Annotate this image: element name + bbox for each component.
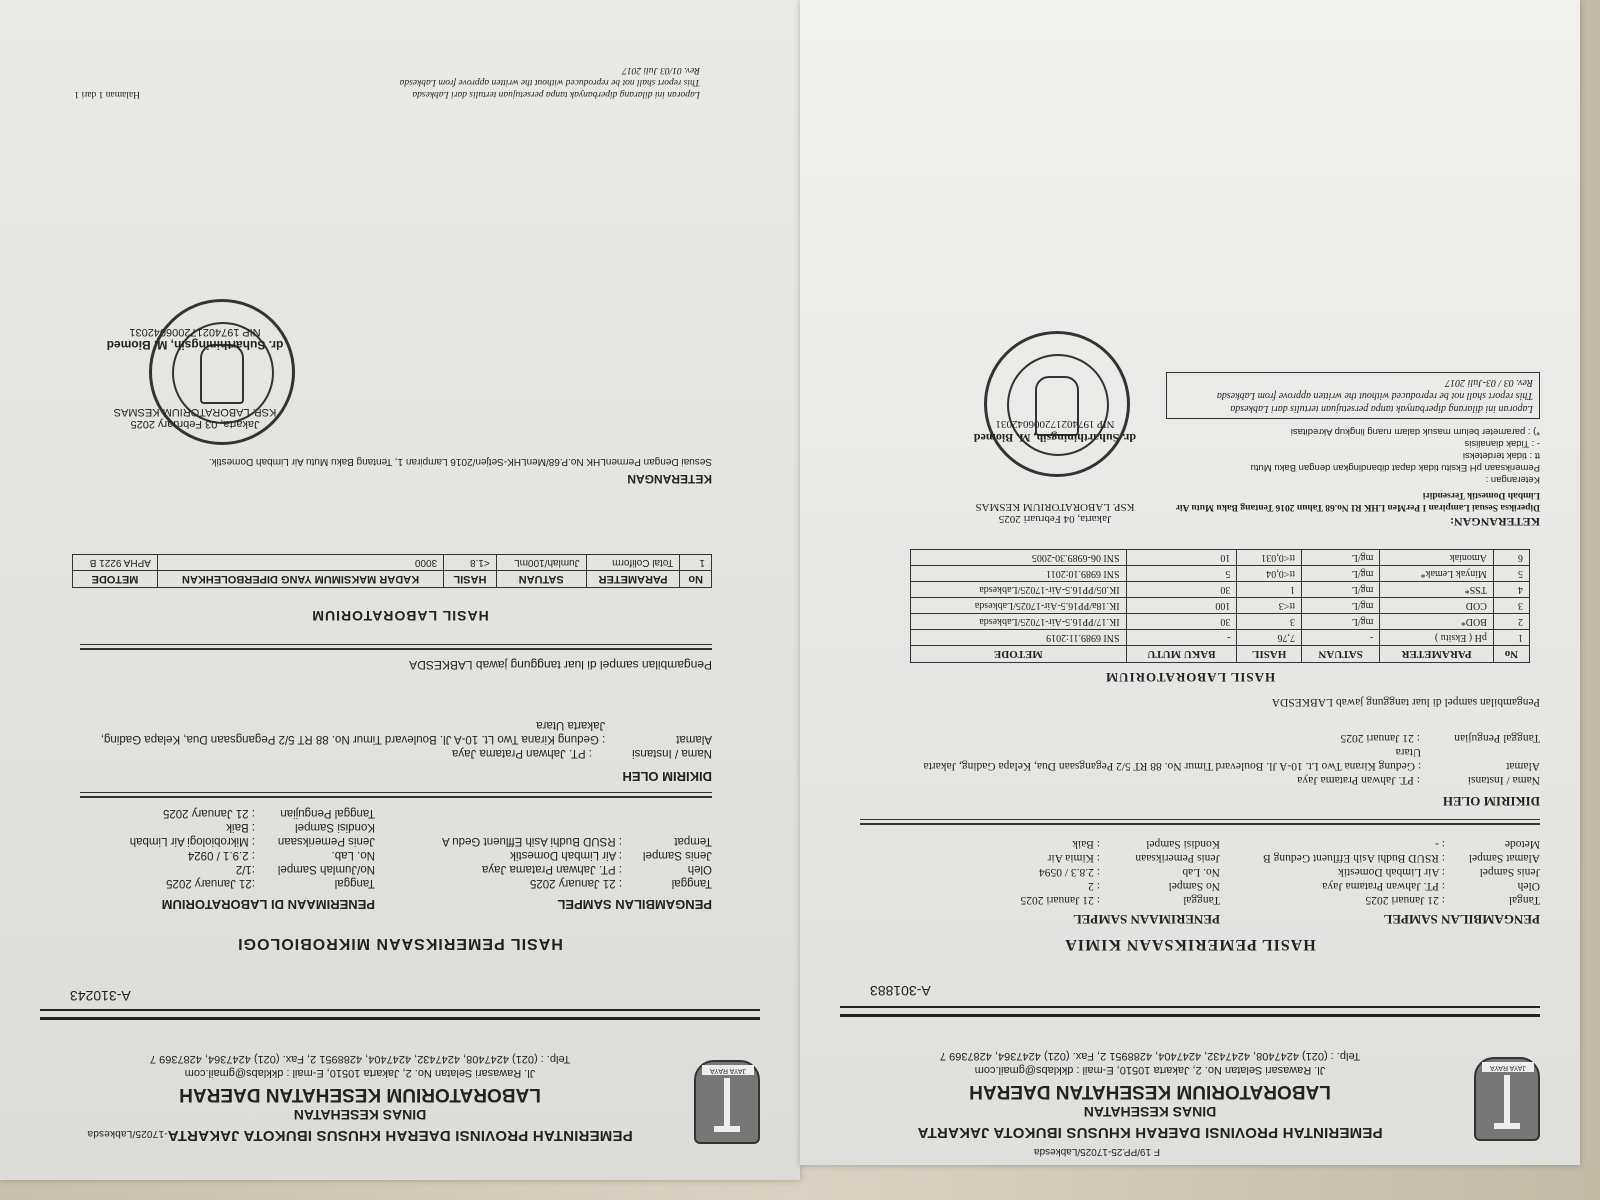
field-label: Alamat [605, 718, 712, 746]
field-row: No. Lab.: 2.9.1 / 0924 [75, 848, 375, 862]
table-row: 3CODmg/Ltt<3100IK.18a/PP16.5-Air-17025/L… [911, 598, 1530, 614]
field-row: Oleh: PT. Jahwan Pratama Jaya [382, 862, 712, 876]
field-row: Tanggal: 21 January 2025 [382, 876, 712, 890]
field-row: Tanggal Pengujian: 21 January 2025 [75, 806, 375, 820]
field-row: Nama / Instansi: PT. Jahwan Pratama Jaya [92, 746, 712, 760]
header-address: Jl. Rawasari Selatan No. 2, Jakarta 1051… [40, 1067, 680, 1079]
sender-heading: DIKIRIM OLEH [1443, 793, 1540, 809]
table-cell: pH ( Eksitu ) [1380, 630, 1493, 646]
field-value: : 2.8.3 / 0594 [1039, 865, 1100, 879]
note-item: *) : parameter belum masuk dalam ruang l… [1160, 425, 1540, 437]
table-cell: 1 [1493, 630, 1529, 646]
column-header: BAKU MUTU [1126, 646, 1237, 663]
table-cell: 7,76 [1237, 630, 1302, 646]
form-code: -17025/Labkesda [87, 1128, 167, 1139]
table-row: 4TSS*mg/L130IK.05/PP16.5-Air-17025/Labke… [911, 582, 1530, 598]
table-cell: 100 [1126, 598, 1237, 614]
field-label: Tanggal [255, 876, 375, 890]
field-label: No Sampel [1100, 879, 1220, 893]
field-value: : 21 Januari 2025 [1365, 893, 1445, 907]
field-value: : PT. Jahwan Pratama Jaya [482, 862, 622, 876]
header-divider [840, 1006, 1540, 1017]
signature-block: Jakarta, 03 February 2025 KSP. LABORATOR… [90, 326, 300, 430]
field-value: : 21 Januari 2025 [1340, 731, 1420, 745]
table-row: 5Minyak Lemak*mg/Ltt<0,045SNI 6989.10:20… [911, 566, 1530, 582]
field-value: : Baik [1072, 837, 1100, 851]
signature-date: Jakarta, 03 February 2025 [90, 418, 300, 430]
table-cell: 3000 [157, 555, 443, 571]
field-value: : RSUD Budhi Asih Effluent Gedu A [442, 834, 622, 848]
column-header: METODE [911, 646, 1127, 663]
sender-fields: Nama / Instansi: PT. Jahwan Pratama Jaya… [92, 718, 712, 760]
page-number: Halaman 1 dari 1 [74, 88, 140, 100]
results-title: HASIL LABORATORIUM [800, 669, 1580, 685]
field-label: Tanggal Pengujian [1420, 731, 1540, 745]
letterhead: JAYA RAYA PEMERINTAH PROVINSI DAERAH KHU… [840, 1021, 1540, 1141]
table-cell: IK.18a/PP16.5-Air-17025/Labkesda [911, 598, 1127, 614]
note-item: - : Tidak dianalisis [1160, 437, 1540, 449]
field-label: Jenis Sampel [622, 848, 712, 862]
results-table: NoPARAMETERSATUANHASILKADAR MAKSIMUM YAN… [72, 554, 712, 588]
sampling-fields: Tanggal: 21 January 2025Oleh: PT. Jahwan… [382, 834, 712, 890]
table-cell: 3 [1237, 614, 1302, 630]
table-cell: Total Coliform [586, 555, 680, 571]
table-row: 6Amoniakmg/Ltt<0,03110SNI 06-6989.30-200… [911, 550, 1530, 566]
table-cell: IK.05/PP16.5-Air-17025/Labkesda [911, 582, 1127, 598]
table-cell: TSS* [1380, 582, 1493, 598]
field-row: Jenis Sampel: Air Limbah Domestik [1200, 865, 1540, 879]
column-header: No [680, 571, 712, 588]
signatory-nip: NIP 197402172006042031 [90, 326, 300, 338]
header-line1: PEMERINTAH PROVINSI DAERAH KHUSUS IBUKOT… [168, 1127, 633, 1144]
remarks-heading: KETERANGAN [627, 472, 712, 486]
field-row: Tempat: RSUD Budhi Asih Effluent Gedu A [382, 834, 712, 848]
field-value: :21 January 2025 [166, 876, 255, 890]
field-value: : - [1435, 837, 1445, 851]
table-cell: Minyak Lemak* [1380, 566, 1493, 582]
field-label: Jenis Sampel [1445, 865, 1540, 879]
field-label: Tanggal [622, 876, 712, 890]
table-cell: tt<0,04 [1237, 566, 1302, 582]
field-label: Jenis Pemeriksaan [1100, 851, 1220, 865]
signature-position: KSP. LABORATORIUM KESMAS [950, 501, 1160, 513]
reception-heading: PENERIMAAN DI LABORATORIUM [162, 897, 375, 912]
field-label: Nama / Instansi [592, 746, 712, 760]
field-row: Alamat: Gedung Kirana Two Lt. 10-A Jl. B… [900, 745, 1540, 773]
table-cell: tt<0,031 [1237, 550, 1302, 566]
footer-disclaimer: Laporan ini dilarang diperbanyak tanpa p… [400, 64, 700, 100]
report-title: HASIL PEMERIKSAAN KIMIA [800, 935, 1580, 953]
field-label: Tanggal Pengujian [255, 806, 375, 820]
table-cell: tt<3 [1237, 598, 1302, 614]
field-value: : 2 [1088, 879, 1100, 893]
table-cell: mg/L [1301, 614, 1379, 630]
column-header: METODE [73, 571, 158, 588]
column-header: HASIL [1237, 646, 1302, 663]
table-cell: 5 [1126, 566, 1237, 582]
form-code: F 19/PP.25-17025/Labkesda [840, 1146, 1160, 1157]
header-phone: Telp. : (021) 4247408, 4247432, 4247404,… [840, 1050, 1460, 1062]
field-row: Jenis Pemeriksaan: Mikrobiologi Air Limb… [75, 834, 375, 848]
table-cell: IK.17/PP16.5-Air-17025/Labkesda [911, 614, 1127, 630]
field-row: Metode: - [1200, 837, 1540, 851]
column-header: KADAR MAKSIMUM YANG DIPERBOLEHKAN [157, 571, 443, 588]
table-cell: - [1126, 630, 1237, 646]
sender-fields: Nama / Instansi: PT. Jahwan Pratama Jaya… [900, 731, 1540, 787]
header-line1: PEMERINTAH PROVINSI DAERAH KHUSUS IBUKOT… [840, 1124, 1460, 1141]
jakarta-emblem-icon: JAYA RAYA [1474, 1057, 1540, 1141]
letterhead: JAYA RAYA PEMERINTAH PROVINSI DAERAH KHU… [40, 1024, 760, 1144]
sampling-note: Pengambilan sampel di luar tanggung jawa… [409, 658, 712, 672]
column-header: SATUAN [496, 571, 586, 588]
chemistry-report-sheet: F 19/PP.25-17025/Labkesda JAYA RAYA PEME… [800, 0, 1580, 1165]
field-value: : RSUD Budhi Asih Effluent Gedung B [1263, 851, 1445, 865]
column-header: No [1493, 646, 1529, 663]
field-row: Jenis Pemeriksaan: Kimia Air [940, 851, 1220, 865]
table-cell: 30 [1126, 614, 1237, 630]
field-label: Tanggal [1100, 893, 1220, 907]
field-label: No/Jumlah Sampel [255, 862, 375, 876]
table-cell: mg/L [1301, 550, 1379, 566]
field-label: Nama / Instansi [1420, 773, 1540, 787]
sender-heading: DIKIRIM OLEH [622, 769, 712, 784]
signatory-nip: NIP 197402172006042031 [950, 418, 1160, 430]
column-header: PARAMETER [1380, 646, 1493, 663]
reception-fields: Tanggal: 21 Januari 2025No Sampel: 2No. … [940, 837, 1220, 907]
remarks-notes: Keterangan :Pemeriksaan pH Eksitu tidak … [1160, 425, 1540, 485]
field-row: Tanggal Pengujian: 21 Januari 2025 [900, 731, 1540, 745]
field-row: Nama / Instansi: PT. Jahwan Pratama Jaya [900, 773, 1540, 787]
field-row: No/Jumlah Sampel:1/2 [75, 862, 375, 876]
column-header: PARAMETER [586, 571, 680, 588]
column-header: HASIL [444, 571, 497, 588]
field-label: Metode [1445, 837, 1540, 851]
table-cell: 3 [1493, 598, 1529, 614]
table-cell: BOD* [1380, 614, 1493, 630]
field-value: :1/2 [236, 862, 255, 876]
reception-heading: PENERIMAAN SAMPEL [1073, 911, 1220, 927]
field-row: No. Lab: 2.8.3 / 0594 [940, 865, 1220, 879]
table-cell: mg/L [1301, 566, 1379, 582]
field-row: Kondisi Sampel: Baik [940, 837, 1220, 851]
table-row: 1Total ColiformJumlah/100mL<1.83000APHA … [73, 555, 712, 571]
table-cell: SNI 6989.11:2019 [911, 630, 1127, 646]
table-cell: 4 [1493, 582, 1529, 598]
table-cell: 30 [1126, 582, 1237, 598]
table-cell: - [1301, 630, 1379, 646]
sampling-heading: PENGAMBILAN SAMPEL [557, 897, 712, 912]
field-value: : PT. Jahwan Pratama Jaya [1297, 773, 1420, 787]
field-label: Alamat [1421, 745, 1540, 773]
table-cell: 1 [680, 555, 712, 571]
header-divider [40, 1009, 760, 1020]
header-address: Jl. Rawasari Selatan No. 2, Jakarta 1051… [840, 1064, 1460, 1076]
field-label: Oleh [1445, 879, 1540, 893]
table-cell: <1.8 [444, 555, 497, 571]
table-cell: 6 [1493, 550, 1529, 566]
section-divider [80, 644, 712, 650]
note-item: Pemeriksaan pH Eksitu tidak dapat diband… [1160, 461, 1540, 473]
field-value: : Gedung Kirana Two Lt. 10-A Jl. Bouleva… [92, 718, 605, 746]
sampling-note: Pengambilan sampel di luar tanggung jawa… [1272, 695, 1540, 709]
table-cell: 1 [1237, 582, 1302, 598]
field-row: No Sampel: 2 [940, 879, 1220, 893]
table-row: 1pH ( Eksitu )-7,76-SNI 6989.11:2019 [911, 630, 1530, 646]
table-cell: 5 [1493, 566, 1529, 582]
sampling-fields: Tangal: 21 Januari 2025Oleh: PT. Jahwan … [1200, 837, 1540, 907]
field-label: No. Lab. [255, 848, 375, 862]
header-line2: DINAS KESEHATAN [40, 1107, 680, 1123]
table-cell: SNI 6989.10:2011 [911, 566, 1127, 582]
field-row: Oleh: PT. Jahwan Pratama Jaya [1200, 879, 1540, 893]
table-cell: 10 [1126, 550, 1237, 566]
field-label: Kondisi Sampel [255, 820, 375, 834]
field-label: Tempat [622, 834, 712, 848]
signatory-name: dr. Suharthiningsih, M. Biomed [974, 431, 1136, 445]
reception-fields: Tanggal:21 January 2025No/Jumlah Sampel:… [75, 806, 375, 890]
table-cell: Jumlah/100mL [496, 555, 586, 571]
table-cell: COD [1380, 598, 1493, 614]
field-value: : PT. Jahwan Pratama Jaya [1322, 879, 1445, 893]
document-number: A-301883 [870, 983, 931, 999]
field-value: : 21 January 2025 [163, 806, 255, 820]
remarks-regulation: Diperiksa Sesuai Lampiran I PerMen LHK R… [1160, 489, 1540, 513]
header-phone: Telp. : (021) 4247408, 4247432, 4247404,… [40, 1053, 680, 1065]
table-cell: SNI 06-6989.30-2005 [911, 550, 1127, 566]
jakarta-emblem-icon: JAYA RAYA [694, 1060, 760, 1144]
field-row: Tangal: 21 Januari 2025 [1200, 893, 1540, 907]
signatory-name: dr. Suharthiningsih, M. Biomed [107, 338, 284, 352]
report-title: HASIL PEMERIKSAAN MIKROBIOLOGI [0, 934, 800, 952]
field-value: : 2.9.1 / 0924 [188, 848, 255, 862]
field-label: Jenis Pemeriksaan [255, 834, 375, 848]
table-row: 2BOD*mg/L330IK.17/PP16.5-Air-17025/Labke… [911, 614, 1530, 630]
field-row: Jenis Sampel: Air Limbah Domestik [382, 848, 712, 862]
note-item: tt : tidak terdeteksi [1160, 449, 1540, 461]
header-line3: LABORATORIUM KESEHATAN DAERAH [40, 1083, 680, 1105]
table-cell: 2 [1493, 614, 1529, 630]
field-value: : 21 Januari 2025 [1020, 893, 1100, 907]
column-header: SATUAN [1301, 646, 1379, 663]
field-label: Oleh [622, 862, 712, 876]
footer-disclaimer: Laporan ini dilarang diperbanyak tanpa p… [1166, 372, 1540, 419]
field-label: No. Lab [1100, 865, 1220, 879]
microbiology-report-sheet: JAYA RAYA PEMERINTAH PROVINSI DAERAH KHU… [0, 0, 800, 1180]
field-row: Kondisi Sampel: Baik [75, 820, 375, 834]
header-line2: DINAS KESEHATAN [840, 1104, 1460, 1120]
field-label: Tangal [1445, 893, 1540, 907]
field-row: Alamat Sampel: RSUD Budhi Asih Effluent … [1200, 851, 1540, 865]
field-value: : PT. Jahwan Pratama Jaya [452, 746, 592, 760]
results-table: NoPARAMETERSATUANHASILBAKU MUTUMETODE1pH… [910, 549, 1530, 663]
field-row: Tanggal: 21 Januari 2025 [940, 893, 1220, 907]
signature-date: Jakarta, 04 Februari 2025 [950, 513, 1160, 525]
remarks-heading: KETERANGAN: [1450, 514, 1540, 529]
sampling-heading: PENGAMBILAN SAMPEL [1384, 911, 1540, 927]
section-divider [860, 819, 1540, 825]
field-row: Alamat: Gedung Kirana Two Lt. 10-A Jl. B… [92, 718, 712, 746]
field-label: Kondisi Sampel [1100, 837, 1220, 851]
header-line3: LABORATORIUM KESEHATAN DAERAH [840, 1080, 1460, 1102]
document-number: A-310243 [70, 988, 131, 1004]
field-value: : Baik [226, 820, 255, 834]
signature-block: Jakarta, 04 Februari 2025 KSP. LABORATOR… [950, 418, 1160, 525]
table-cell: APHA 9221 B [73, 555, 158, 571]
remarks-text: Sesuai Dengan PermenLHK No.P.68/MenLHK-S… [209, 454, 712, 468]
notes-title: Keterangan : [1160, 473, 1540, 485]
table-cell: mg/L [1301, 598, 1379, 614]
field-value: : Gedung Kirana Two Lt. 10-A Jl. Bouleva… [900, 745, 1421, 773]
field-value: : Air Limbah Domestik [510, 848, 622, 862]
table-cell: mg/L [1301, 582, 1379, 598]
field-value: : 21 January 2025 [530, 876, 622, 890]
section-divider [80, 792, 712, 798]
field-value: : Kimia Air [1048, 851, 1100, 865]
table-cell: Amoniak [1380, 550, 1493, 566]
field-value: : Air Limbah Domestik [1338, 865, 1445, 879]
results-title: HASIL LABORATORIUM [0, 608, 800, 624]
field-value: : Mikrobiologi Air Limbah [130, 834, 255, 848]
field-row: Tanggal:21 January 2025 [75, 876, 375, 890]
field-label: Alamat Sampel [1445, 851, 1540, 865]
signature-position: KSP. LABORATORIUM KESMAS [90, 406, 300, 418]
